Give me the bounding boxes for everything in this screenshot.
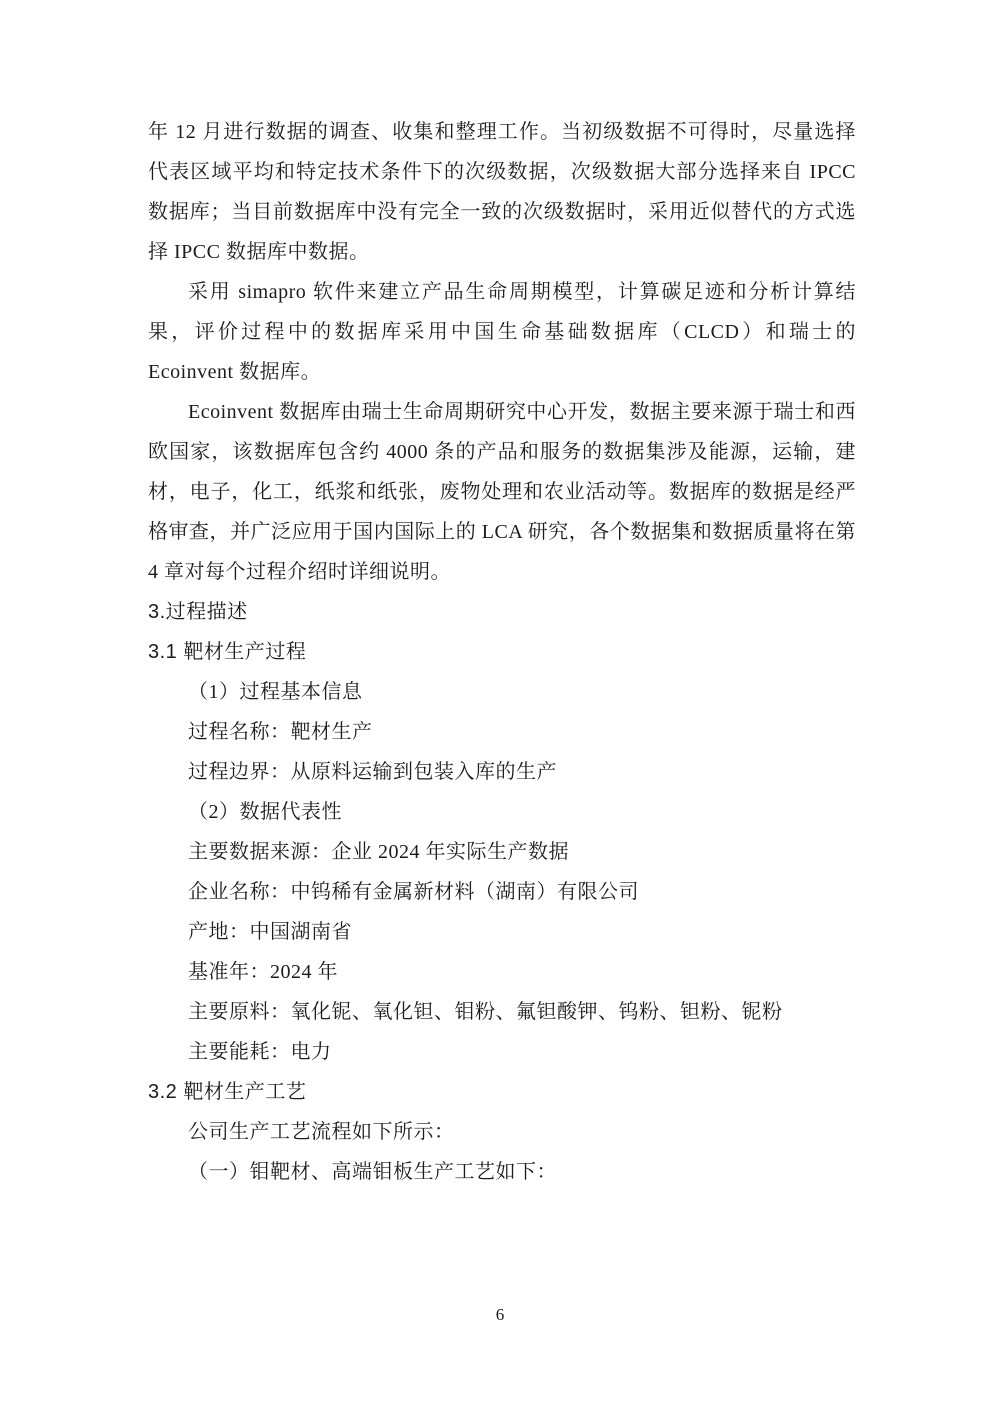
list-item-main-raw-materials: 主要原料：氧化铌、氧化钽、钼粉、氟钽酸钾、钨粉、钽粉、铌粉 bbox=[148, 992, 856, 1032]
list-item-process-boundary: 过程边界：从原料运输到包装入库的生产 bbox=[148, 752, 856, 792]
heading-process-description: 3.过程描述 bbox=[148, 592, 856, 632]
page-number: 6 bbox=[0, 1303, 1000, 1327]
list-item-process-basic-info: （1）过程基本信息 bbox=[148, 672, 856, 712]
document-page: 年 12 月进行数据的调查、收集和整理工作。当初级数据不可得时，尽量选择代表区域… bbox=[0, 0, 1000, 1414]
list-item-base-year: 基准年：2024 年 bbox=[148, 952, 856, 992]
list-item-process-flow-intro: 公司生产工艺流程如下所示： bbox=[148, 1112, 856, 1152]
list-item-main-data-source: 主要数据来源：企业 2024 年实际生产数据 bbox=[148, 832, 856, 872]
heading-target-material-production-craft: 3.2 靶材生产工艺 bbox=[148, 1072, 856, 1112]
list-item-main-energy-consumption: 主要能耗：电力 bbox=[148, 1032, 856, 1072]
list-item-moly-target-process: （一）钼靶材、高端钼板生产工艺如下： bbox=[148, 1152, 856, 1192]
heading-target-material-production-process: 3.1 靶材生产过程 bbox=[148, 632, 856, 672]
page-content: 年 12 月进行数据的调查、收集和整理工作。当初级数据不可得时，尽量选择代表区域… bbox=[148, 112, 856, 1192]
list-item-enterprise-name: 企业名称：中钨稀有金属新材料（湖南）有限公司 bbox=[148, 872, 856, 912]
paragraph-ecoinvent-database: Ecoinvent 数据库由瑞士生命周期研究中心开发，数据主要来源于瑞士和西欧国… bbox=[148, 392, 856, 592]
paragraph-data-collection-continuation: 年 12 月进行数据的调查、收集和整理工作。当初级数据不可得时，尽量选择代表区域… bbox=[148, 112, 856, 272]
paragraph-simapro-model: 采用 simapro 软件来建立产品生命周期模型，计算碳足迹和分析计算结果，评价… bbox=[148, 272, 856, 392]
list-item-process-name: 过程名称：靶材生产 bbox=[148, 712, 856, 752]
list-item-data-representativeness: （2）数据代表性 bbox=[148, 792, 856, 832]
list-item-production-location: 产地：中国湖南省 bbox=[148, 912, 856, 952]
